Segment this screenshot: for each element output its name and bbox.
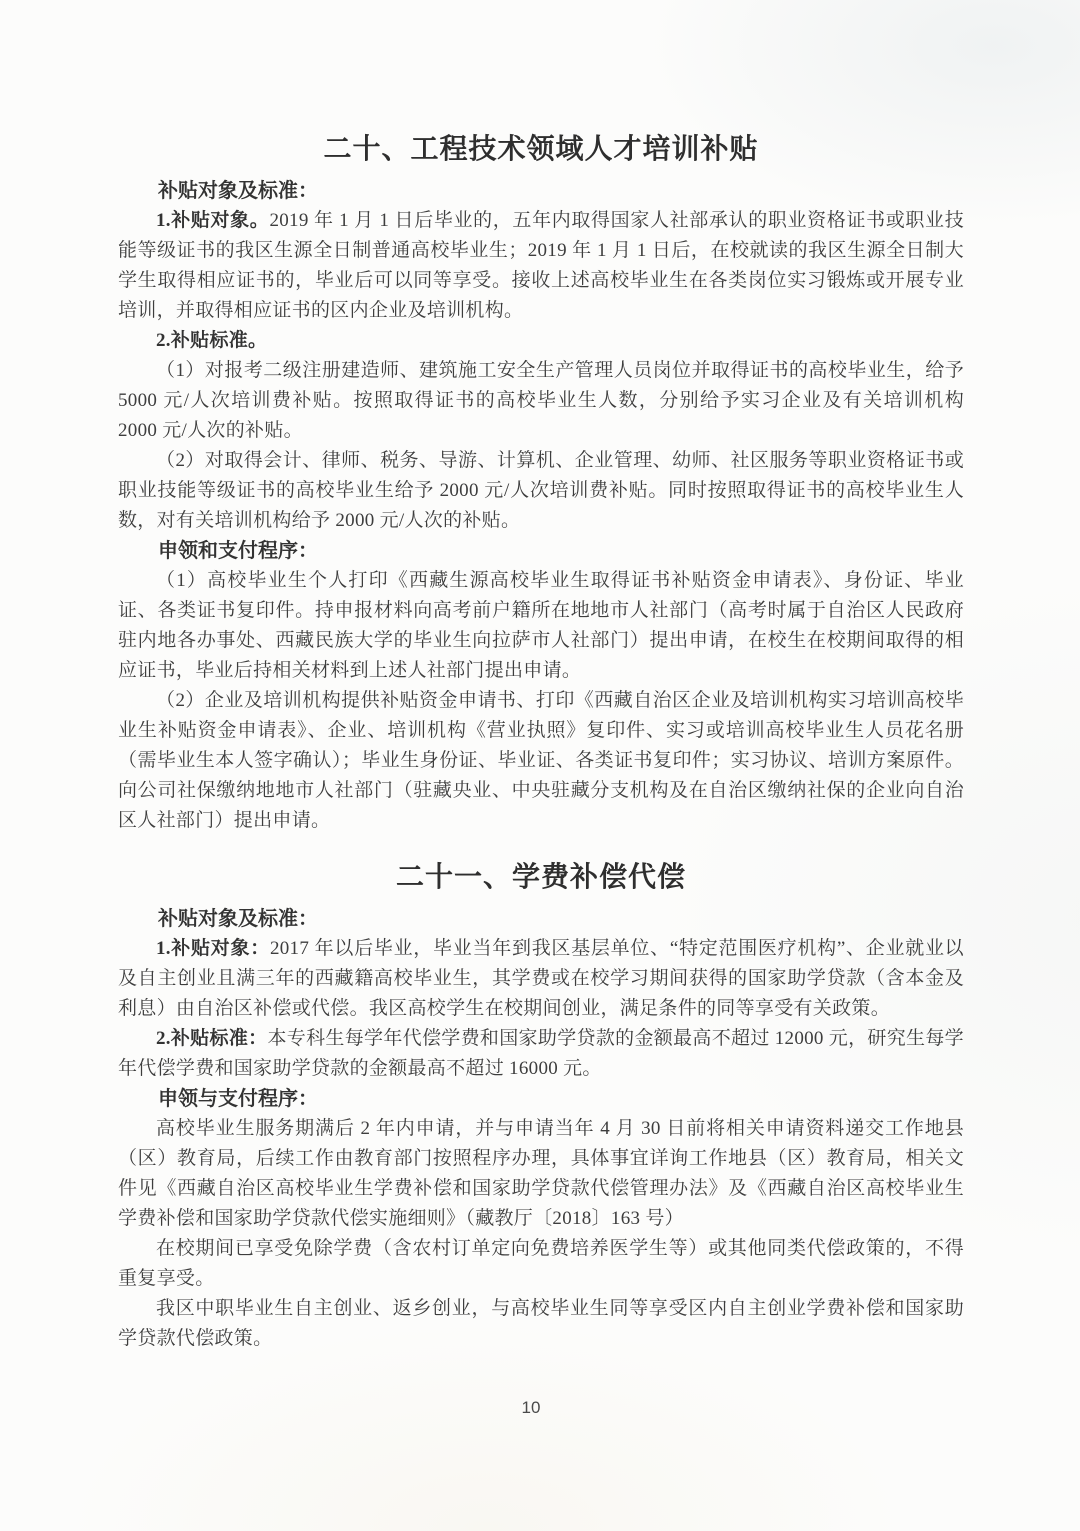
paragraph-label: 1.补贴对象： [156, 938, 270, 959]
document-page: 二十、工程技术领域人才培训补贴 补贴对象及标准： 1.补贴对象。2019 年 1… [0, 0, 1080, 1531]
section-21-title: 二十一、学费补偿代偿 [118, 858, 964, 896]
section-20-paragraph-item2: （2）对取得会计、律师、税务、导游、计算机、企业管理、幼师、社区服务等职业资格证… [118, 446, 964, 536]
section-20-title: 二十、工程技术领域人才培训补贴 [118, 130, 964, 168]
section-20-paragraph-target: 1.补贴对象。2019 年 1 月 1 日后毕业的，五年内取得国家人社部承认的职… [118, 206, 964, 326]
section-21-heading-procedure: 申领与支付程序： [118, 1084, 964, 1114]
section-20-paragraph-item1: （1）对报考二级注册建造师、建筑施工安全生产管理人员岗位并取得证书的高校毕业生，… [118, 356, 964, 446]
section-20-paragraph-procedure1: （1）高校毕业生个人打印《西藏生源高校毕业生取得证书补贴资金申请表》、身份证、毕… [118, 566, 964, 686]
section-20-paragraph-procedure2: （2）企业及培训机构提供补贴资金申请书、打印《西藏自治区企业及培训机构实习培训高… [118, 686, 964, 836]
section-21-paragraph-standard: 2.补贴标准：本专科生每学年代偿学费和国家助学贷款的金额最高不超过 12000 … [118, 1024, 964, 1084]
section-20-heading-standard: 补贴对象及标准： [118, 176, 964, 206]
paragraph-label: 1.补贴对象。 [156, 210, 269, 231]
section-21-paragraph-target: 1.补贴对象：2017 年以后毕业，毕业当年到我区基层单位、“特定范围医疗机构”… [118, 934, 964, 1024]
section-21-paragraph-note2: 我区中职毕业生自主创业、返乡创业，与高校毕业生同等享受区内自主创业学费补偿和国家… [118, 1294, 964, 1354]
page-number: 10 [0, 1398, 1062, 1418]
paragraph-label: 2.补贴标准。 [156, 330, 267, 351]
section-21-paragraph-note1: 在校期间已享受免除学费（含农村订单定向免费培养医学生等）或其他同类代偿政策的，不… [118, 1234, 964, 1294]
paragraph-label: 2.补贴标准： [156, 1028, 267, 1049]
section-21-paragraph-procedure: 高校毕业生服务期满后 2 年内申请，并与申请当年 4 月 30 日前将相关申请资… [118, 1114, 964, 1234]
section-20-paragraph-standard-label: 2.补贴标准。 [118, 326, 964, 356]
section-21-heading-standard: 补贴对象及标准： [118, 904, 964, 934]
section-20-heading-procedure: 申领和支付程序： [118, 536, 964, 566]
